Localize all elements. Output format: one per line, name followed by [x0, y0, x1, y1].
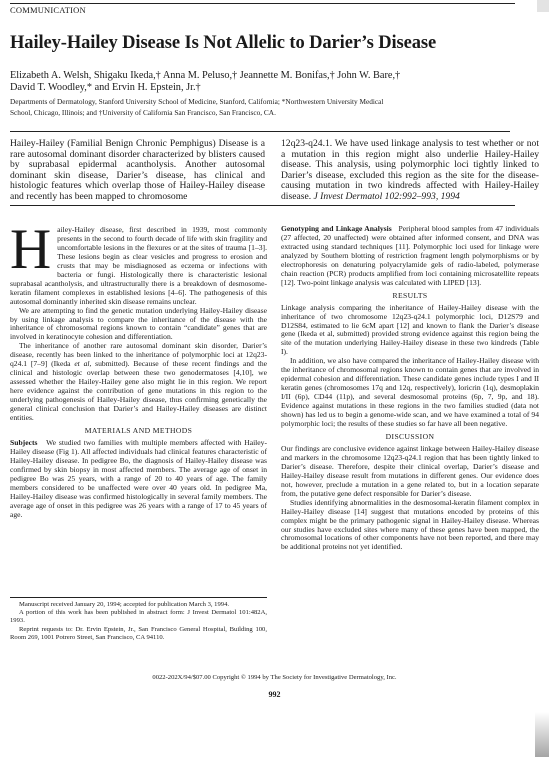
page-number: 992 [0, 690, 549, 699]
section-label: COMMUNICATION [10, 5, 86, 15]
body-right-column: Genotyping and Linkage Analysis Peripher… [281, 225, 539, 552]
authors-line-1: Elizabeth A. Welsh, Shigaku Ikeda,† Anna… [10, 70, 530, 82]
subjects-paragraph: Subjects We studied two families with mu… [10, 439, 267, 520]
subjects-label: Subjects [10, 438, 37, 447]
intro-paragraph-3: The inheritance of another rare autosoma… [10, 342, 267, 423]
drop-cap: H [10, 227, 51, 274]
abstract-left-column: Hailey-Hailey (Familial Benign Chronic P… [10, 139, 265, 203]
discussion-heading: DISCUSSION [281, 433, 539, 442]
discussion-paragraph-2: Studies identifying abnormalities in the… [281, 499, 539, 553]
results-paragraph-2: In addition, we also have compared the i… [281, 357, 539, 429]
scan-artifact-top [537, 0, 549, 12]
authors-line-2: David T. Woodley,* and Ervin H. Epstein,… [10, 82, 530, 94]
scan-artifact-corner [535, 712, 549, 757]
abstract-citation: J Invest Dermatol 102:992–993, 1994 [314, 191, 460, 202]
abstract-top-rule [10, 131, 510, 132]
footnote-reprints: Reprint requests to: Dr. Ervin Epstein, … [10, 626, 267, 642]
body-left-column: Hailey-Hailey disease, first described i… [10, 226, 267, 520]
discussion-paragraph-1: Our findings are conclusive evidence aga… [281, 445, 539, 499]
affiliations: Departments of Dermatology, Stanford Uni… [10, 96, 530, 118]
methods-heading: MATERIALS AND METHODS [10, 427, 267, 436]
intro-paragraph-2: We are attempting to find the genetic mu… [10, 307, 267, 343]
intro-paragraph-1: Hailey-Hailey disease, first described i… [10, 226, 267, 307]
affiliation-line-2: School, Chicago, Illinois; and †Universi… [10, 107, 530, 118]
copyright-line: 0022-202X/94/$07.00 Copyright © 1994 by … [0, 674, 549, 681]
footnotes: Manuscript received January 20, 1994; ac… [10, 597, 267, 642]
author-list: Elizabeth A. Welsh, Shigaku Ikeda,† Anna… [10, 70, 530, 94]
results-paragraph-1: Linkage analysis comparing the inheritan… [281, 304, 539, 358]
results-heading: RESULTS [281, 292, 539, 301]
article-title: Hailey-Hailey Disease Is Not Allelic to … [10, 33, 436, 54]
abstract-bottom-rule [10, 205, 515, 206]
journal-page: COMMUNICATION Hailey-Hailey Disease Is N… [0, 0, 549, 757]
footnote-received: Manuscript received January 20, 1994; ac… [10, 601, 267, 609]
genotyping-paragraph: Genotyping and Linkage Analysis Peripher… [281, 225, 539, 288]
top-rule [10, 3, 515, 4]
genotyping-label: Genotyping and Linkage Analysis [281, 224, 392, 233]
footnote-rule [10, 597, 267, 598]
footnote-abstract: A portion of this work has been publishe… [10, 609, 267, 625]
abstract-right-column: 12q23-q24.1. We have used linkage analys… [281, 139, 539, 203]
affiliation-line-1: Departments of Dermatology, Stanford Uni… [10, 96, 530, 107]
